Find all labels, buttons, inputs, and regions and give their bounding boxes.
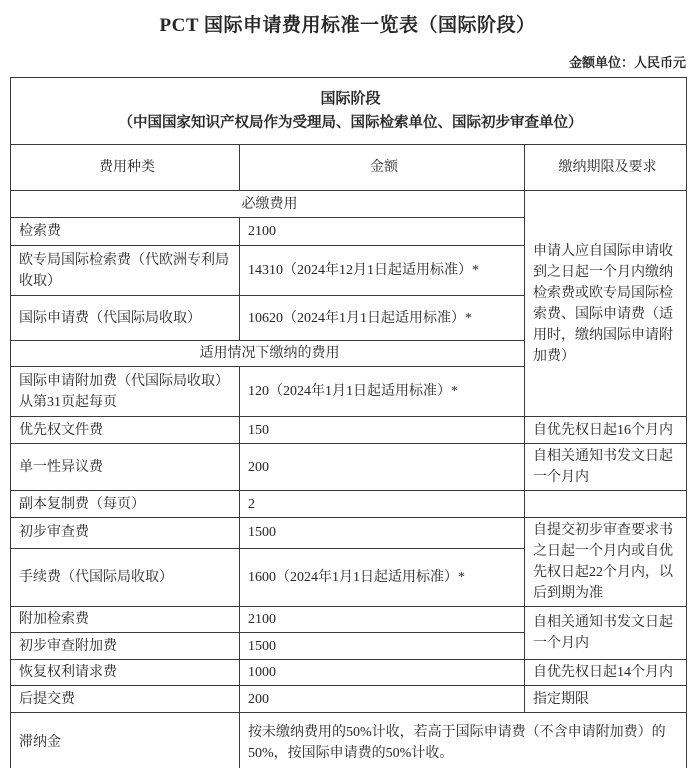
amount-intl-filing-fee: 10620（2024年1月1日起适用标准）*: [240, 296, 525, 341]
table-row-late-payment-fee: 滞纳金 按未缴纳费用的50%计收，若高于国际申请费（不含申请附加费）的 50%，…: [11, 713, 687, 768]
fee-name-epo-search-fee: 欧专局国际检索费（代欧洲专利局 收取）: [11, 246, 240, 296]
fee-name-late-payment-fee: 滞纳金: [11, 713, 240, 768]
deadline-mandatory-group: 申请人应自国际申请收 到之日起一个月内缴纳 检索费或欧专局国际检 索费、国际申请…: [525, 191, 687, 417]
table-row-prelim-exam-fee: 初步审查费 1500 自提交初步审查要求书 之日起一个月内或自优 先权日起22个…: [11, 518, 687, 549]
amount-prelim-exam-fee: 1500: [240, 518, 525, 549]
amount-addl-prelim-exam-fee: 1500: [240, 633, 525, 660]
amount-unity-objection-fee: 200: [240, 444, 525, 491]
fee-name-intl-filing-fee: 国际申请费（代国际局收取）: [11, 296, 240, 341]
table-row-copy-fee: 副本复制费（每页） 2: [11, 491, 687, 518]
page-title: PCT 国际申请费用标准一览表（国际阶段）: [0, 0, 695, 37]
table-row-unity-objection-fee: 单一性异议费 200 自相关通知书发文日起 一个月内: [11, 444, 687, 491]
phase-subtitle: （中国国家知识产权局作为受理局、国际检索单位、国际初步审查单位）: [19, 111, 682, 135]
column-header-row: 费用种类 金额 缴纳期限及要求: [11, 145, 687, 191]
section-label-mandatory: 必缴费用: [11, 191, 525, 218]
amount-copy-fee: 2: [240, 491, 525, 518]
amount-priority-doc-fee: 150: [240, 417, 525, 444]
fee-table: 国际阶段 （中国国家知识产权局作为受理局、国际检索单位、国际初步审查单位） 费用…: [10, 77, 687, 768]
deadline-prelim-exam-group: 自提交初步审查要求书 之日起一个月内或自优 先权日起22个月内，以 后到期为准: [525, 518, 687, 607]
col-header-amount: 金额: [240, 145, 525, 191]
amount-intl-filing-surcharge: 120（2024年1月1日起适用标准）*: [240, 367, 525, 417]
deadline-late-filing-fee: 指定期限: [525, 686, 687, 713]
fee-name-priority-doc-fee: 优先权文件费: [11, 417, 240, 444]
amount-restore-rights-fee: 1000: [240, 660, 525, 686]
fee-name-late-filing-fee: 后提交费: [11, 686, 240, 713]
fee-name-restore-rights-fee: 恢复权利请求费: [11, 660, 240, 686]
section-mandatory-row: 必缴费用 申请人应自国际申请收 到之日起一个月内缴纳 检索费或欧专局国际检 索费…: [11, 191, 687, 218]
deadline-restore-rights-fee: 自优先权日起14个月内: [525, 660, 687, 686]
deadline-priority-doc-fee: 自优先权日起16个月内: [525, 417, 687, 444]
amount-late-filing-fee: 200: [240, 686, 525, 713]
fee-name-copy-fee: 副本复制费（每页）: [11, 491, 240, 518]
col-header-fee-type: 费用种类: [11, 145, 240, 191]
amount-handling-fee: 1600（2024年1月1日起适用标准）*: [240, 548, 525, 606]
phase-header-cell: 国际阶段 （中国国家知识产权局作为受理局、国际检索单位、国际初步审查单位）: [11, 78, 687, 145]
col-header-deadline: 缴纳期限及要求: [525, 145, 687, 191]
fee-name-search-fee: 检索费: [11, 218, 240, 246]
amount-epo-search-fee: 14310（2024年12月1日起适用标准）*: [240, 246, 525, 296]
deadline-unity-objection-fee: 自相关通知书发文日起 一个月内: [525, 444, 687, 491]
fee-name-intl-filing-surcharge: 国际申请附加费（代国际局收取） 从第31页起每页: [11, 367, 240, 417]
amount-addl-search-fee: 2100: [240, 607, 525, 633]
fee-name-handling-fee: 手续费（代国际局收取）: [11, 548, 240, 606]
deadline-copy-fee-empty: [525, 491, 687, 518]
table-row-late-filing-fee: 后提交费 200 指定期限: [11, 686, 687, 713]
fee-name-addl-prelim-exam-fee: 初步审查附加费: [11, 633, 240, 660]
table-row-restore-rights-fee: 恢复权利请求费 1000 自优先权日起14个月内: [11, 660, 687, 686]
amount-search-fee: 2100: [240, 218, 525, 246]
table-row-priority-doc-fee: 优先权文件费 150 自优先权日起16个月内: [11, 417, 687, 444]
currency-unit-note: 金额单位：人民币元: [0, 52, 686, 71]
deadline-notice-group: 自相关通知书发文日起 一个月内: [525, 607, 687, 660]
phase-title: 国际阶段: [19, 87, 682, 111]
section-label-conditional: 适用情况下缴纳的费用: [11, 341, 525, 367]
fee-name-addl-search-fee: 附加检索费: [11, 607, 240, 633]
table-row-addl-search-fee: 附加检索费 2100 自相关通知书发文日起 一个月内: [11, 607, 687, 633]
rule-late-payment-fee: 按未缴纳费用的50%计收，若高于国际申请费（不含申请附加费）的 50%，按国际申…: [240, 713, 687, 768]
fee-name-unity-objection-fee: 单一性异议费: [11, 444, 240, 491]
phase-header-row: 国际阶段 （中国国家知识产权局作为受理局、国际检索单位、国际初步审查单位）: [11, 78, 687, 145]
fee-name-prelim-exam-fee: 初步审查费: [11, 518, 240, 549]
